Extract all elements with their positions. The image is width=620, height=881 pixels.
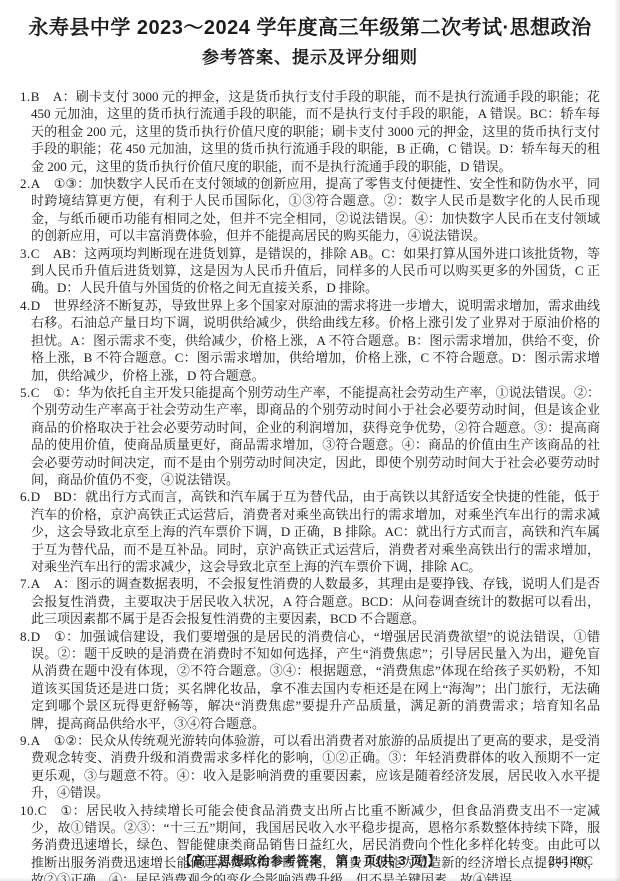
scan-edge-right xyxy=(614,0,620,881)
answer-number: 3.C xyxy=(20,246,40,261)
answer-text: ①：加强诚信建设，我们要增强的是居民的消费信心，“增强居民消费欲望”的说法错误，… xyxy=(31,629,600,731)
answer-text: AB：这两项均判断现在进货划算，是错误的，排除 AB。C：如果打算从国外进口该批… xyxy=(31,246,600,296)
answers-list: 1.BA：刷卡支付 3000 元的押金，这是货币执行支付手段的职能，而不是执行流… xyxy=(20,88,600,881)
answer-number: 4.D xyxy=(20,298,41,313)
answer-number: 8.D xyxy=(20,629,41,644)
answer-text: BD：就出行方式而言，高铁和汽车属于互为替代品，由于高铁以其舒适安全快捷的性能，… xyxy=(31,489,600,574)
answer-item-9: 9.A①②：民众从传统观光游转向体验游，可以看出消费者对旅游的品质提出了更高的要… xyxy=(20,732,600,802)
page-subtitle: 参考答案、提示及评分细则 xyxy=(20,46,600,70)
answer-text: 世界经济不断复苏，导致世界上多个国家对原油的需求将进一步增大，说明需求增加，需求… xyxy=(31,298,600,383)
answer-number: 5.C xyxy=(20,385,40,400)
answer-number: 7.A xyxy=(20,576,41,591)
answer-item-1: 1.BA：刷卡支付 3000 元的押金，这是货币执行支付手段的职能，而不是执行流… xyxy=(20,88,600,175)
answer-item-10: 10.C①：居民收入持续增长可能会使食品消费支出所占比重不断减少，但食品消费支出… xyxy=(20,802,600,881)
answer-text: ①：华为依托自主开发只能提高个别劳动生产率，不能提高社会劳动生产率，①说法错误。… xyxy=(31,385,600,487)
answer-item-2: 2.A①③：加快数字人民币在支付领域的创新应用，提高了零售支付便捷性、安全性和防… xyxy=(20,175,600,245)
answer-item-8: 8.D①：加强诚信建设，我们要增强的是居民的消费信心，“增强居民消费欲望”的说法… xyxy=(20,628,600,732)
answer-text: ①③：加快数字人民币在支付领域的创新应用，提高了零售支付便捷性、安全性和防伪水平… xyxy=(31,176,600,243)
answer-item-3: 3.CAB：这两项均判断现在进货划算，是错误的，排除 AB。C：如果打算从国外进… xyxy=(20,245,600,297)
document-page: 永寿县中学 2023～2024 学年度高三年级第二次考试·思想政治 参考答案、提… xyxy=(0,0,620,881)
answer-text: ①②：民众从传统观光游转向体验游，可以看出消费者对旅游的品质提出了更高的要求，是… xyxy=(31,733,600,800)
answer-number: 6.D xyxy=(20,489,41,504)
answer-item-6: 6.DBD：就出行方式而言，高铁和汽车属于互为替代品，由于高铁以其舒适安全快捷的… xyxy=(20,488,600,575)
footer-paper-code: 24140C xyxy=(548,853,594,869)
page-title: 永寿县中学 2023～2024 学年度高三年级第二次考试·思想政治 xyxy=(20,14,600,42)
answer-item-5: 5.C①：华为依托自主开发只能提高个别劳动生产率，不能提高社会劳动生产率，①说法… xyxy=(20,384,600,488)
footer-title-page-number: 【高三思想政治参考答案 第 1 页(共 3 页)】 xyxy=(0,853,620,869)
answer-number: 2.A xyxy=(20,176,41,191)
page-footer: 【高三思想政治参考答案 第 1 页(共 3 页)】 24140C xyxy=(0,853,620,869)
answer-number: 10.C xyxy=(20,803,47,818)
answer-number: 1.B xyxy=(20,89,40,104)
answer-item-4: 4.D世界经济不断复苏，导致世界上多个国家对原油的需求将进一步增大，说明需求增加… xyxy=(20,297,600,384)
answer-text: ①：居民收入持续增长可能会使食品消费支出所占比重不断减少，但食品消费支出不一定减… xyxy=(31,803,600,881)
answer-item-7: 7.AA：图示的调查数据表明，不会报复性消费的人数最多，其理由是要挣钱、存钱，说… xyxy=(20,575,600,627)
answer-number: 9.A xyxy=(20,733,41,748)
answer-text: A：图示的调查数据表明，不会报复性消费的人数最多，其理由是要挣钱、存钱，说明人们… xyxy=(31,576,600,626)
answer-text: A：刷卡支付 3000 元的押金，这是货币执行支付手段的职能，而不是执行流通手段… xyxy=(31,89,600,174)
scan-edge-bottom xyxy=(0,877,620,881)
